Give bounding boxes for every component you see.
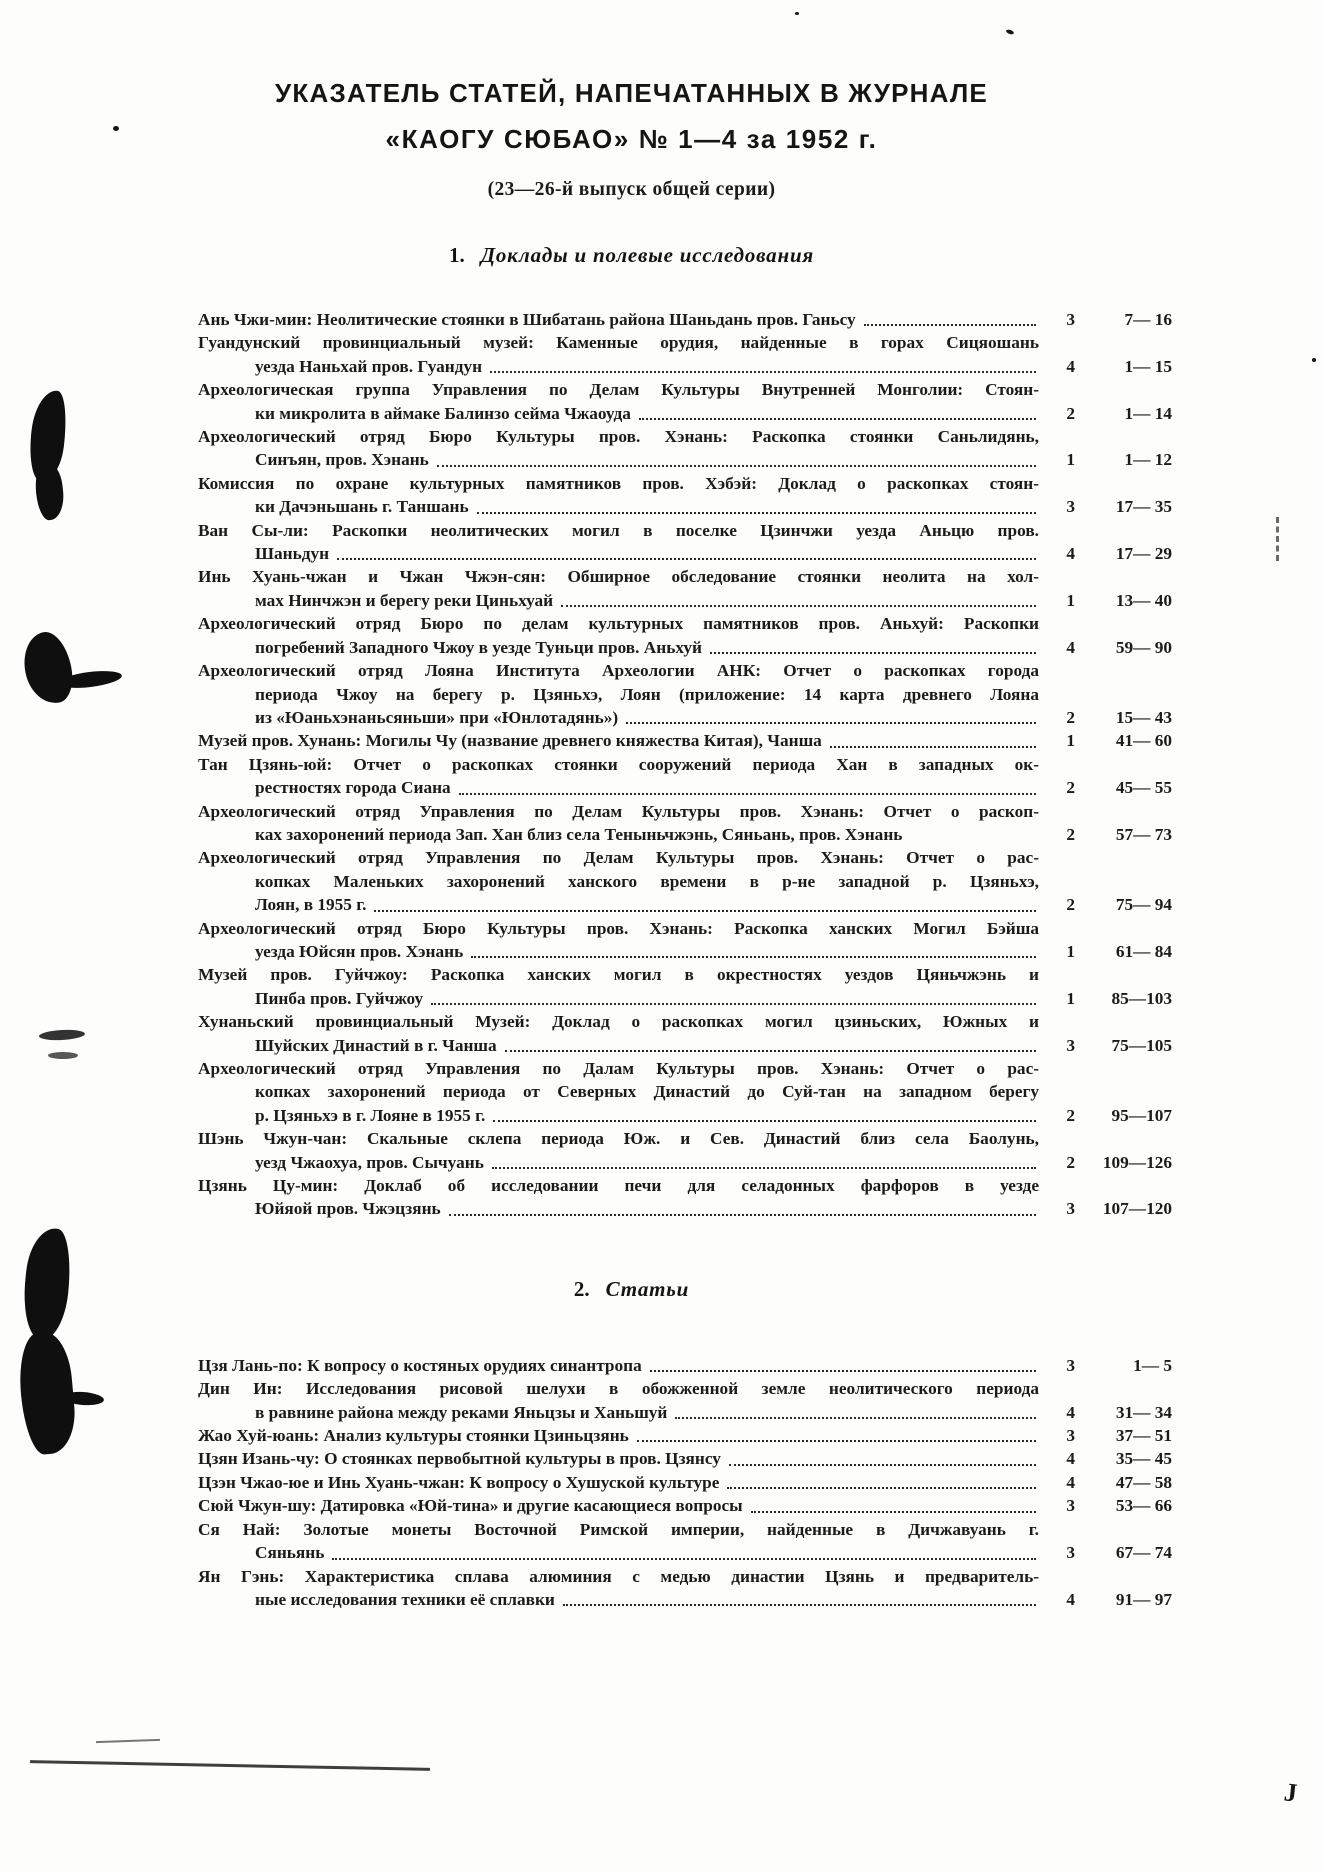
dot-leader	[561, 589, 1036, 607]
entry-text: Дин Ин: Исследования рисовой шелухи в об…	[198, 1379, 1039, 1398]
issue-number: 4	[1039, 1447, 1075, 1470]
entry-page-refs: 435— 45	[1039, 1447, 1172, 1470]
entry-text: Синъян, пров. Хэнань	[255, 448, 429, 471]
entry-page-refs: 141— 60	[1039, 729, 1172, 752]
dot-leader	[563, 1588, 1036, 1606]
entry-text: погребений Западного Чжоу в уезде Туньци…	[255, 636, 702, 659]
entry-line: периода Чжоу на берегу р. Цзяньхэ, Лоян …	[198, 683, 1039, 706]
entry-line: р. Цзяньхэ в г. Лояне в 1955 г.	[198, 1104, 1039, 1127]
entry-text: уезд Чжаохуа, пров. Сычуань	[255, 1151, 484, 1174]
entry-page-refs: 337— 51	[1039, 1424, 1172, 1447]
entry-title: Археологический отряд Управления по Дела…	[198, 846, 1039, 916]
section-number: 2.	[574, 1277, 590, 1301]
entry-line: Археологический отряд Управления по Дала…	[198, 1057, 1039, 1080]
entry-line: копках захоронений периода от Северных Д…	[198, 1080, 1039, 1103]
page-range: 91— 97	[1075, 1588, 1172, 1611]
entry-text: Археологический отряд Бюро Культуры пров…	[198, 427, 1039, 446]
section-heading: 1.Доклады и полевые исследования	[198, 243, 1065, 268]
entry-line: мах Нинчжэн и берегу реки Циньхуай	[198, 589, 1039, 612]
entry-page-refs: 185—103	[1039, 963, 1172, 1010]
entry-line: ках захоронений периода Зап. Хан близ се…	[198, 823, 1039, 846]
dot-leader	[374, 893, 1036, 911]
dot-leader	[727, 1471, 1036, 1489]
page-range: 57— 73	[1075, 823, 1172, 846]
ink-blot	[39, 1029, 85, 1041]
entry-text: Археологическая группа Управления по Дел…	[198, 380, 1039, 399]
entry-text: из «Юаньхэнаньсяньши» при «Юнлотадянь»)	[255, 706, 618, 729]
ink-blot	[19, 628, 78, 707]
entry-text: Ян Гэнь: Характеристика сплава алюминия …	[198, 1567, 1039, 1586]
scanned-page: J УКАЗАТЕЛЬ СТАТЕЙ, НАПЕЧАТАННЫХ В ЖУРНА…	[0, 0, 1323, 1871]
dot-leader	[490, 355, 1036, 373]
dot-leader	[437, 448, 1036, 466]
entry-line: ки Дачэньшань г. Таншань	[198, 495, 1039, 518]
toc-entry: Археологический отряд Бюро по делам куль…	[198, 612, 1172, 659]
entry-page-refs: 375—105	[1039, 1010, 1172, 1057]
dot-leader	[471, 940, 1036, 958]
entry-line: из «Юаньхэнаньсяньши» при «Юнлотадянь»)	[198, 706, 1039, 729]
entry-line: погребений Западного Чжоу в уезде Туньци…	[198, 636, 1039, 659]
entry-line: Комиссия по охране культурных памятников…	[198, 472, 1039, 495]
page-range: 31— 34	[1075, 1401, 1172, 1424]
issue-number: 2	[1039, 1104, 1075, 1127]
entry-page-refs: 447— 58	[1039, 1471, 1172, 1494]
entry-text: Шуйских Династий в г. Чанша	[255, 1034, 497, 1057]
toc-entry: Ся Най: Золотые монеты Восточной Римской…	[198, 1518, 1172, 1565]
entry-page-refs: 31— 5	[1039, 1354, 1172, 1377]
subtitle: (23—26-й выпуск общей серии)	[198, 179, 1065, 201]
dot-leader	[505, 1034, 1036, 1052]
dot-leader	[710, 636, 1036, 654]
entry-page-refs: 257— 73	[1039, 800, 1172, 847]
entry-text: Археологический отряд Управления по Дела…	[198, 848, 1039, 867]
page-range: 35— 45	[1075, 1447, 1172, 1470]
issue-number: 4	[1039, 636, 1075, 659]
entry-line: Шэнь Чжун-чан: Скальные склепа периода Ю…	[198, 1127, 1039, 1150]
entry-line: Лоян, в 1955 г.	[198, 893, 1039, 916]
issue-number: 4	[1039, 542, 1075, 565]
entry-title: Сюй Чжун-шу: Датировка «Юй-тина» и други…	[198, 1494, 1039, 1517]
title-line-1: УКАЗАТЕЛЬ СТАТЕЙ, НАПЕЧАТАННЫХ В ЖУРНАЛЕ	[198, 78, 1065, 109]
ink-blot	[33, 461, 66, 522]
ink-speck	[1006, 29, 1015, 35]
toc-entry: Ань Чжи-мин: Неолитические стоянки в Шиб…	[198, 308, 1172, 331]
issue-number: 1	[1039, 987, 1075, 1010]
entry-page-refs: 353— 66	[1039, 1494, 1172, 1517]
entry-line: копках Маленьких захоронений ханского вр…	[198, 870, 1039, 893]
entry-page-refs: 459— 90	[1039, 612, 1172, 659]
page-range: 37— 51	[1075, 1424, 1172, 1447]
entry-title: Цзэн Чжао-юе и Инь Хуань-чжан: К вопросу…	[198, 1471, 1039, 1494]
toc-entry: Комиссия по охране культурных памятников…	[198, 472, 1172, 519]
dot-leader	[675, 1401, 1036, 1419]
entry-page-refs: 295—107	[1039, 1057, 1172, 1127]
entry-text: Музей пров. Гуйчжоу: Раскопка ханских мо…	[198, 965, 1039, 984]
entry-line: Ван Сы-ли: Раскопки неолитических могил …	[198, 519, 1039, 542]
dot-leader	[477, 495, 1036, 513]
toc-entry: Археологический отряд Управления по Дела…	[198, 846, 1172, 916]
entry-line: рестностях города Сиана	[198, 776, 1039, 799]
entry-line: Ся Най: Золотые монеты Восточной Римской…	[198, 1518, 1039, 1541]
dot-leader	[431, 987, 1036, 1005]
entry-page-refs: 37— 16	[1039, 308, 1172, 331]
entry-title: Ань Чжи-мин: Неолитические стоянки в Шиб…	[198, 308, 1039, 331]
dot-leader	[332, 1541, 1036, 1559]
toc-entry: Шэнь Чжун-чан: Скальные склепа периода Ю…	[198, 1127, 1172, 1174]
dot-leader	[492, 1151, 1036, 1169]
issue-number: 3	[1039, 1494, 1075, 1517]
entry-title: Ван Сы-ли: Раскопки неолитических могил …	[198, 519, 1039, 566]
entry-title: Археологический отряд Бюро Культуры пров…	[198, 425, 1039, 472]
corner-hook-artifact: J	[1282, 1777, 1298, 1808]
entry-page-refs: 2109—126	[1039, 1127, 1172, 1174]
page-range: 45— 55	[1075, 776, 1172, 799]
entry-line: Хунаньский провинциальный Музей: Доклад …	[198, 1010, 1039, 1033]
entry-text: Археологический отряд Лояна Института Ар…	[198, 661, 1039, 680]
dot-leader	[449, 1197, 1036, 1215]
issue-number: 3	[1039, 1197, 1075, 1220]
entry-text: Жао Хуй-юань: Анализ культуры стоянки Цз…	[198, 1424, 629, 1447]
toc-entry: Цзя Лань-по: К вопросу о костяных орудия…	[198, 1354, 1172, 1377]
page-range: 17— 29	[1075, 542, 1172, 565]
entry-text: Музей пров. Хунань: Могилы Чу (название …	[198, 729, 822, 752]
entry-text: Цзэн Чжао-юе и Инь Хуань-чжан: К вопросу…	[198, 1471, 719, 1494]
entry-text: Шаньдун	[255, 542, 329, 565]
entry-title: Археологический отряд Бюро по делам куль…	[198, 612, 1039, 659]
entry-title: Комиссия по охране культурных памятников…	[198, 472, 1039, 519]
entry-text: Ван Сы-ли: Раскопки неолитических могил …	[198, 521, 1039, 540]
dot-leader	[337, 542, 1036, 560]
entry-line: Юйяой пров. Чжэцзянь	[198, 1197, 1039, 1220]
entry-text: Инь Хуань-чжан и Чжан Чжэн-сян: Обширное…	[198, 567, 1039, 586]
entry-title: Ян Гэнь: Характеристика сплава алюминия …	[198, 1565, 1039, 1612]
entry-title: Хунаньский провинциальный Музей: Доклад …	[198, 1010, 1039, 1057]
entry-text: Цзя Лань-по: К вопросу о костяных орудия…	[198, 1354, 642, 1377]
issue-number: 4	[1039, 1471, 1075, 1494]
page-range: 61— 84	[1075, 940, 1172, 963]
toc-entry: Дин Ин: Исследования рисовой шелухи в об…	[198, 1377, 1172, 1424]
entry-text: Археологический отряд Управления по Дала…	[198, 1059, 1039, 1078]
toc-entry: Археологический отряд Бюро Культуры пров…	[198, 425, 1172, 472]
entry-title: Тан Цзянь-юй: Отчет о раскопках стоянки …	[198, 753, 1039, 800]
dot-leader	[626, 706, 1036, 724]
section-articles: 2.Статьи Цзя Лань-по: К вопросу о костян…	[198, 1277, 1172, 1611]
page-range: 1— 12	[1075, 448, 1172, 471]
page-range: 7— 16	[1075, 308, 1172, 331]
toc-entry: Жао Хуй-юань: Анализ культуры стоянки Цз…	[198, 1424, 1172, 1447]
entry-line: Сяньянь	[198, 1541, 1039, 1564]
entry-line: Гуандунский провинциальный музей: Каменн…	[198, 331, 1039, 354]
dot-leader	[864, 308, 1036, 326]
entry-text: Юйяой пров. Чжэцзянь	[255, 1197, 441, 1220]
entry-title: Жао Хуй-юань: Анализ культуры стоянки Цз…	[198, 1424, 1039, 1447]
entry-text: Комиссия по охране культурных памятников…	[198, 474, 1039, 493]
entry-page-refs: 21— 14	[1039, 378, 1172, 425]
page-range: 75—105	[1075, 1034, 1172, 1057]
ink-speck	[113, 126, 119, 131]
entry-line: Пинба пров. Гуйчжоу	[198, 987, 1039, 1010]
entry-line: Шуйских Династий в г. Чанша	[198, 1034, 1039, 1057]
entry-text: Шэнь Чжун-чан: Скальные склепа периода Ю…	[198, 1129, 1039, 1148]
toc-entry: Музей пров. Гуйчжоу: Раскопка ханских мо…	[198, 963, 1172, 1010]
entry-text: ках захоронений периода Зап. Хан близ се…	[255, 823, 902, 846]
page-range: 17— 35	[1075, 495, 1172, 518]
entry-text: ные исследования техники её сплавки	[255, 1588, 555, 1611]
entry-line: Археологический отряд Бюро Культуры пров…	[198, 917, 1039, 940]
entry-title: Инь Хуань-чжан и Чжан Чжэн-сян: Обширное…	[198, 565, 1039, 612]
toc-entry: Цзэн Чжао-юе и Инь Хуань-чжан: К вопросу…	[198, 1471, 1172, 1494]
section-title: Статьи	[606, 1277, 690, 1301]
page-range: 109—126	[1075, 1151, 1172, 1174]
entry-title: Ся Най: Золотые монеты Восточной Римской…	[198, 1518, 1039, 1565]
entry-text: мах Нинчжэн и берегу реки Циньхуай	[255, 589, 553, 612]
page-range: 75— 94	[1075, 893, 1172, 916]
entry-line: Музей пров. Гуйчжоу: Раскопка ханских мо…	[198, 963, 1039, 986]
entry-text: копках Маленьких захоронений ханского вр…	[255, 872, 1039, 891]
page-range: 107—120	[1075, 1197, 1172, 1220]
margin-dash-artifact	[1276, 517, 1279, 561]
entry-line: Шаньдун	[198, 542, 1039, 565]
entry-line: Синъян, пров. Хэнань	[198, 448, 1039, 471]
issue-number: 4	[1039, 1588, 1075, 1611]
entry-title: Цзя Лань-по: К вопросу о костяных орудия…	[198, 1354, 1039, 1377]
entry-line: Археологический отряд Бюро по делам куль…	[198, 612, 1039, 635]
toc-entry: Археологический отряд Управления по Дала…	[198, 1057, 1172, 1127]
ink-blot	[48, 1052, 78, 1059]
scan-line-artifact	[30, 1760, 430, 1771]
page-range: 85—103	[1075, 987, 1172, 1010]
issue-number: 1	[1039, 448, 1075, 471]
ink-speck	[795, 12, 799, 15]
entry-line: Археологическая группа Управления по Дел…	[198, 378, 1039, 401]
entry-line: Жао Хуй-юань: Анализ культуры стоянки Цз…	[198, 1424, 1039, 1447]
page-range: 1— 14	[1075, 402, 1172, 425]
page-range: 1— 15	[1075, 355, 1172, 378]
entry-line: Цзя Лань-по: К вопросу о костяных орудия…	[198, 1354, 1039, 1377]
entry-line: Археологический отряд Управления по Дела…	[198, 800, 1039, 823]
page-range: 95—107	[1075, 1104, 1172, 1127]
entry-text: Хунаньский провинциальный Музей: Доклад …	[198, 1012, 1039, 1031]
entry-line: Цзян Изань-чу: О стоянках первобытной ку…	[198, 1447, 1039, 1470]
issue-number: 1	[1039, 729, 1075, 752]
dot-leader	[830, 729, 1036, 747]
dot-leader	[459, 776, 1036, 794]
section-reports: 1.Доклады и полевые исследования Ань Чжи…	[198, 243, 1172, 1221]
entry-page-refs: 245— 55	[1039, 753, 1172, 800]
toc-entry: Археологический отряд Бюро Культуры пров…	[198, 917, 1172, 964]
entry-text: уезда Юйсян пров. Хэнань	[255, 940, 463, 963]
entry-title: Шэнь Чжун-чан: Скальные склепа периода Ю…	[198, 1127, 1039, 1174]
entry-text: Ся Най: Золотые монеты Восточной Римской…	[198, 1520, 1039, 1539]
entry-page-refs: 215— 43	[1039, 659, 1172, 729]
entry-line: уезд Чжаохуа, пров. Сычуань	[198, 1151, 1039, 1174]
issue-number: 2	[1039, 823, 1075, 846]
toc-list: Ань Чжи-мин: Неолитические стоянки в Шиб…	[198, 308, 1172, 1221]
entry-text: ки микролита в аймаке Балинзо сейма Чжао…	[255, 402, 631, 425]
entry-text: Археологический отряд Бюро по делам куль…	[198, 614, 1039, 633]
toc-entry: Ван Сы-ли: Раскопки неолитических могил …	[198, 519, 1172, 566]
toc-entry: Цзян Изань-чу: О стоянках первобытной ку…	[198, 1447, 1172, 1470]
page-title: УКАЗАТЕЛЬ СТАТЕЙ, НАПЕЧАТАННЫХ В ЖУРНАЛЕ…	[198, 78, 1065, 155]
page-range: 67— 74	[1075, 1541, 1172, 1564]
title-line-2: «КАОГУ СЮБАО» № 1—4 за 1952 г.	[198, 124, 1065, 155]
page-header: УКАЗАТЕЛЬ СТАТЕЙ, НАПЕЧАТАННЫХ В ЖУРНАЛЕ…	[198, 78, 1065, 201]
issue-number: 2	[1039, 706, 1075, 729]
issue-number: 3	[1039, 1354, 1075, 1377]
toc-entry: Инь Хуань-чжан и Чжан Чжэн-сян: Обширное…	[198, 565, 1172, 612]
entry-text: уезда Наньхай пров. Гуандун	[255, 355, 482, 378]
entry-title: Дин Ин: Исследования рисовой шелухи в об…	[198, 1377, 1039, 1424]
entry-line: ки микролита в аймаке Балинзо сейма Чжао…	[198, 402, 1039, 425]
entry-text: Цзянь Цу-мин: Доклаб об исследовании печ…	[198, 1176, 1039, 1195]
entry-page-refs: 3107—120	[1039, 1174, 1172, 1221]
scan-line-artifact	[96, 1739, 160, 1743]
entry-title: Археологический отряд Управления по Дала…	[198, 1057, 1039, 1127]
entry-line: Тан Цзянь-юй: Отчет о раскопках стоянки …	[198, 753, 1039, 776]
dot-leader	[729, 1447, 1036, 1465]
entry-line: уезда Юйсян пров. Хэнань	[198, 940, 1039, 963]
dot-leader	[637, 1424, 1036, 1442]
issue-number: 2	[1039, 776, 1075, 799]
entry-title: Археологический отряд Лояна Института Ар…	[198, 659, 1039, 729]
toc-entry: Тан Цзянь-юй: Отчет о раскопках стоянки …	[198, 753, 1172, 800]
entry-line: в равнине района между реками Яньцзы и Х…	[198, 1401, 1039, 1424]
issue-number: 4	[1039, 1401, 1075, 1424]
entry-page-refs: 491— 97	[1039, 1565, 1172, 1612]
issue-number: 3	[1039, 1541, 1075, 1564]
entry-text: Археологический отряд Бюро Культуры пров…	[198, 919, 1039, 938]
entry-text: р. Цзяньхэ в г. Лояне в 1955 г.	[255, 1104, 485, 1127]
dot-leader	[650, 1354, 1036, 1372]
entry-page-refs: 431— 34	[1039, 1377, 1172, 1424]
entry-title: Археологический отряд Бюро Культуры пров…	[198, 917, 1039, 964]
toc-entry: Хунаньский провинциальный Музей: Доклад …	[198, 1010, 1172, 1057]
entry-page-refs: 113— 40	[1039, 565, 1172, 612]
page-range: 59— 90	[1075, 636, 1172, 659]
entry-text: Цзян Изань-чу: О стоянках первобытной ку…	[198, 1447, 721, 1470]
page-range: 53— 66	[1075, 1494, 1172, 1517]
entry-line: Цзэн Чжао-юе и Инь Хуань-чжан: К вопросу…	[198, 1471, 1039, 1494]
issue-number: 3	[1039, 1424, 1075, 1447]
entry-line: уезда Наньхай пров. Гуандун	[198, 355, 1039, 378]
toc-entry: Музей пров. Хунань: Могилы Чу (название …	[198, 729, 1172, 752]
entry-text: Пинба пров. Гуйчжоу	[255, 987, 423, 1010]
toc-list: Цзя Лань-по: К вопросу о костяных орудия…	[198, 1354, 1172, 1611]
entry-title: Археологическая группа Управления по Дел…	[198, 378, 1039, 425]
entry-page-refs: 275— 94	[1039, 846, 1172, 916]
dot-leader	[493, 1104, 1036, 1122]
entry-text: Гуандунский провинциальный музей: Каменн…	[198, 333, 1039, 352]
entry-line: ные исследования техники её сплавки	[198, 1588, 1039, 1611]
entry-line: Дин Ин: Исследования рисовой шелухи в об…	[198, 1377, 1039, 1400]
page-range: 13— 40	[1075, 589, 1172, 612]
issue-number: 3	[1039, 1034, 1075, 1057]
issue-number: 3	[1039, 495, 1075, 518]
section-number: 1.	[449, 243, 465, 267]
toc-entry: Цзянь Цу-мин: Доклаб об исследовании печ…	[198, 1174, 1172, 1221]
entry-line: Цзянь Цу-мин: Доклаб об исследовании печ…	[198, 1174, 1039, 1197]
entry-title: Цзянь Цу-мин: Доклаб об исследовании печ…	[198, 1174, 1039, 1221]
entry-title: Музей пров. Хунань: Могилы Чу (название …	[198, 729, 1039, 752]
entry-line: Сюй Чжун-шу: Датировка «Юй-тина» и други…	[198, 1494, 1039, 1517]
issue-number: 1	[1039, 940, 1075, 963]
issue-number: 3	[1039, 308, 1075, 331]
entry-page-refs: 367— 74	[1039, 1518, 1172, 1565]
toc-entry: Ян Гэнь: Характеристика сплава алюминия …	[198, 1565, 1172, 1612]
page-range: 41— 60	[1075, 729, 1172, 752]
section-title: Доклады и полевые исследования	[481, 243, 814, 267]
entry-text: рестностях города Сиана	[255, 776, 451, 799]
entry-page-refs: 11— 12	[1039, 425, 1172, 472]
toc-entry: Археологический отряд Лояна Института Ар…	[198, 659, 1172, 729]
ink-blot	[19, 1226, 74, 1342]
entry-line: Археологический отряд Управления по Дела…	[198, 846, 1039, 869]
entry-text: Тан Цзянь-юй: Отчет о раскопках стоянки …	[198, 755, 1039, 774]
page-range: 47— 58	[1075, 1471, 1172, 1494]
section-heading: 2.Статьи	[198, 1277, 1065, 1302]
entry-title: Музей пров. Гуйчжоу: Раскопка ханских мо…	[198, 963, 1039, 1010]
toc-entry: Гуандунский провинциальный музей: Каменн…	[198, 331, 1172, 378]
entry-line: Археологический отряд Бюро Культуры пров…	[198, 425, 1039, 448]
entry-text: Сяньянь	[255, 1541, 324, 1564]
toc-entry: Сюй Чжун-шу: Датировка «Юй-тина» и други…	[198, 1494, 1172, 1517]
entry-page-refs: 41— 15	[1039, 331, 1172, 378]
entry-text: ки Дачэньшань г. Таншань	[255, 495, 469, 518]
entry-text: Лоян, в 1955 г.	[255, 893, 366, 916]
entry-page-refs: 317— 35	[1039, 472, 1172, 519]
issue-number: 2	[1039, 402, 1075, 425]
issue-number: 2	[1039, 893, 1075, 916]
entry-text: Археологический отряд Управления по Дела…	[198, 802, 1039, 821]
entry-title: Археологический отряд Управления по Дела…	[198, 800, 1039, 847]
entry-line: Ань Чжи-мин: Неолитические стоянки в Шиб…	[198, 308, 1039, 331]
entry-line: Инь Хуань-чжан и Чжан Чжэн-сян: Обширное…	[198, 565, 1039, 588]
issue-number: 4	[1039, 355, 1075, 378]
entry-page-refs: 417— 29	[1039, 519, 1172, 566]
dot-leader	[751, 1494, 1036, 1512]
entry-line: Археологический отряд Лояна Института Ар…	[198, 659, 1039, 682]
entry-text: Ань Чжи-мин: Неолитические стоянки в Шиб…	[198, 308, 856, 331]
toc-entry: Археологический отряд Управления по Дела…	[198, 800, 1172, 847]
toc-entry: Археологическая группа Управления по Дел…	[198, 378, 1172, 425]
page-range: 15— 43	[1075, 706, 1172, 729]
document-content: УКАЗАТЕЛЬ СТАТЕЙ, НАПЕЧАТАННЫХ В ЖУРНАЛЕ…	[198, 78, 1172, 1611]
entry-title: Гуандунский провинциальный музей: Каменн…	[198, 331, 1039, 378]
dot-leader	[639, 402, 1036, 420]
entry-line: Ян Гэнь: Характеристика сплава алюминия …	[198, 1565, 1039, 1588]
entry-title: Цзян Изань-чу: О стоянках первобытной ку…	[198, 1447, 1039, 1470]
page-range: 1— 5	[1075, 1354, 1172, 1377]
issue-number: 2	[1039, 1151, 1075, 1174]
entry-text: Сюй Чжун-шу: Датировка «Юй-тина» и други…	[198, 1494, 743, 1517]
entry-line: Музей пров. Хунань: Могилы Чу (название …	[198, 729, 1039, 752]
entry-text: периода Чжоу на берегу р. Цзяньхэ, Лоян …	[255, 685, 1039, 704]
entry-page-refs: 161— 84	[1039, 917, 1172, 964]
ink-speck	[1312, 358, 1316, 362]
entry-text: копках захоронений периода от Северных Д…	[255, 1082, 1039, 1101]
issue-number: 1	[1039, 589, 1075, 612]
entry-text: в равнине района между реками Яньцзы и Х…	[255, 1401, 667, 1424]
